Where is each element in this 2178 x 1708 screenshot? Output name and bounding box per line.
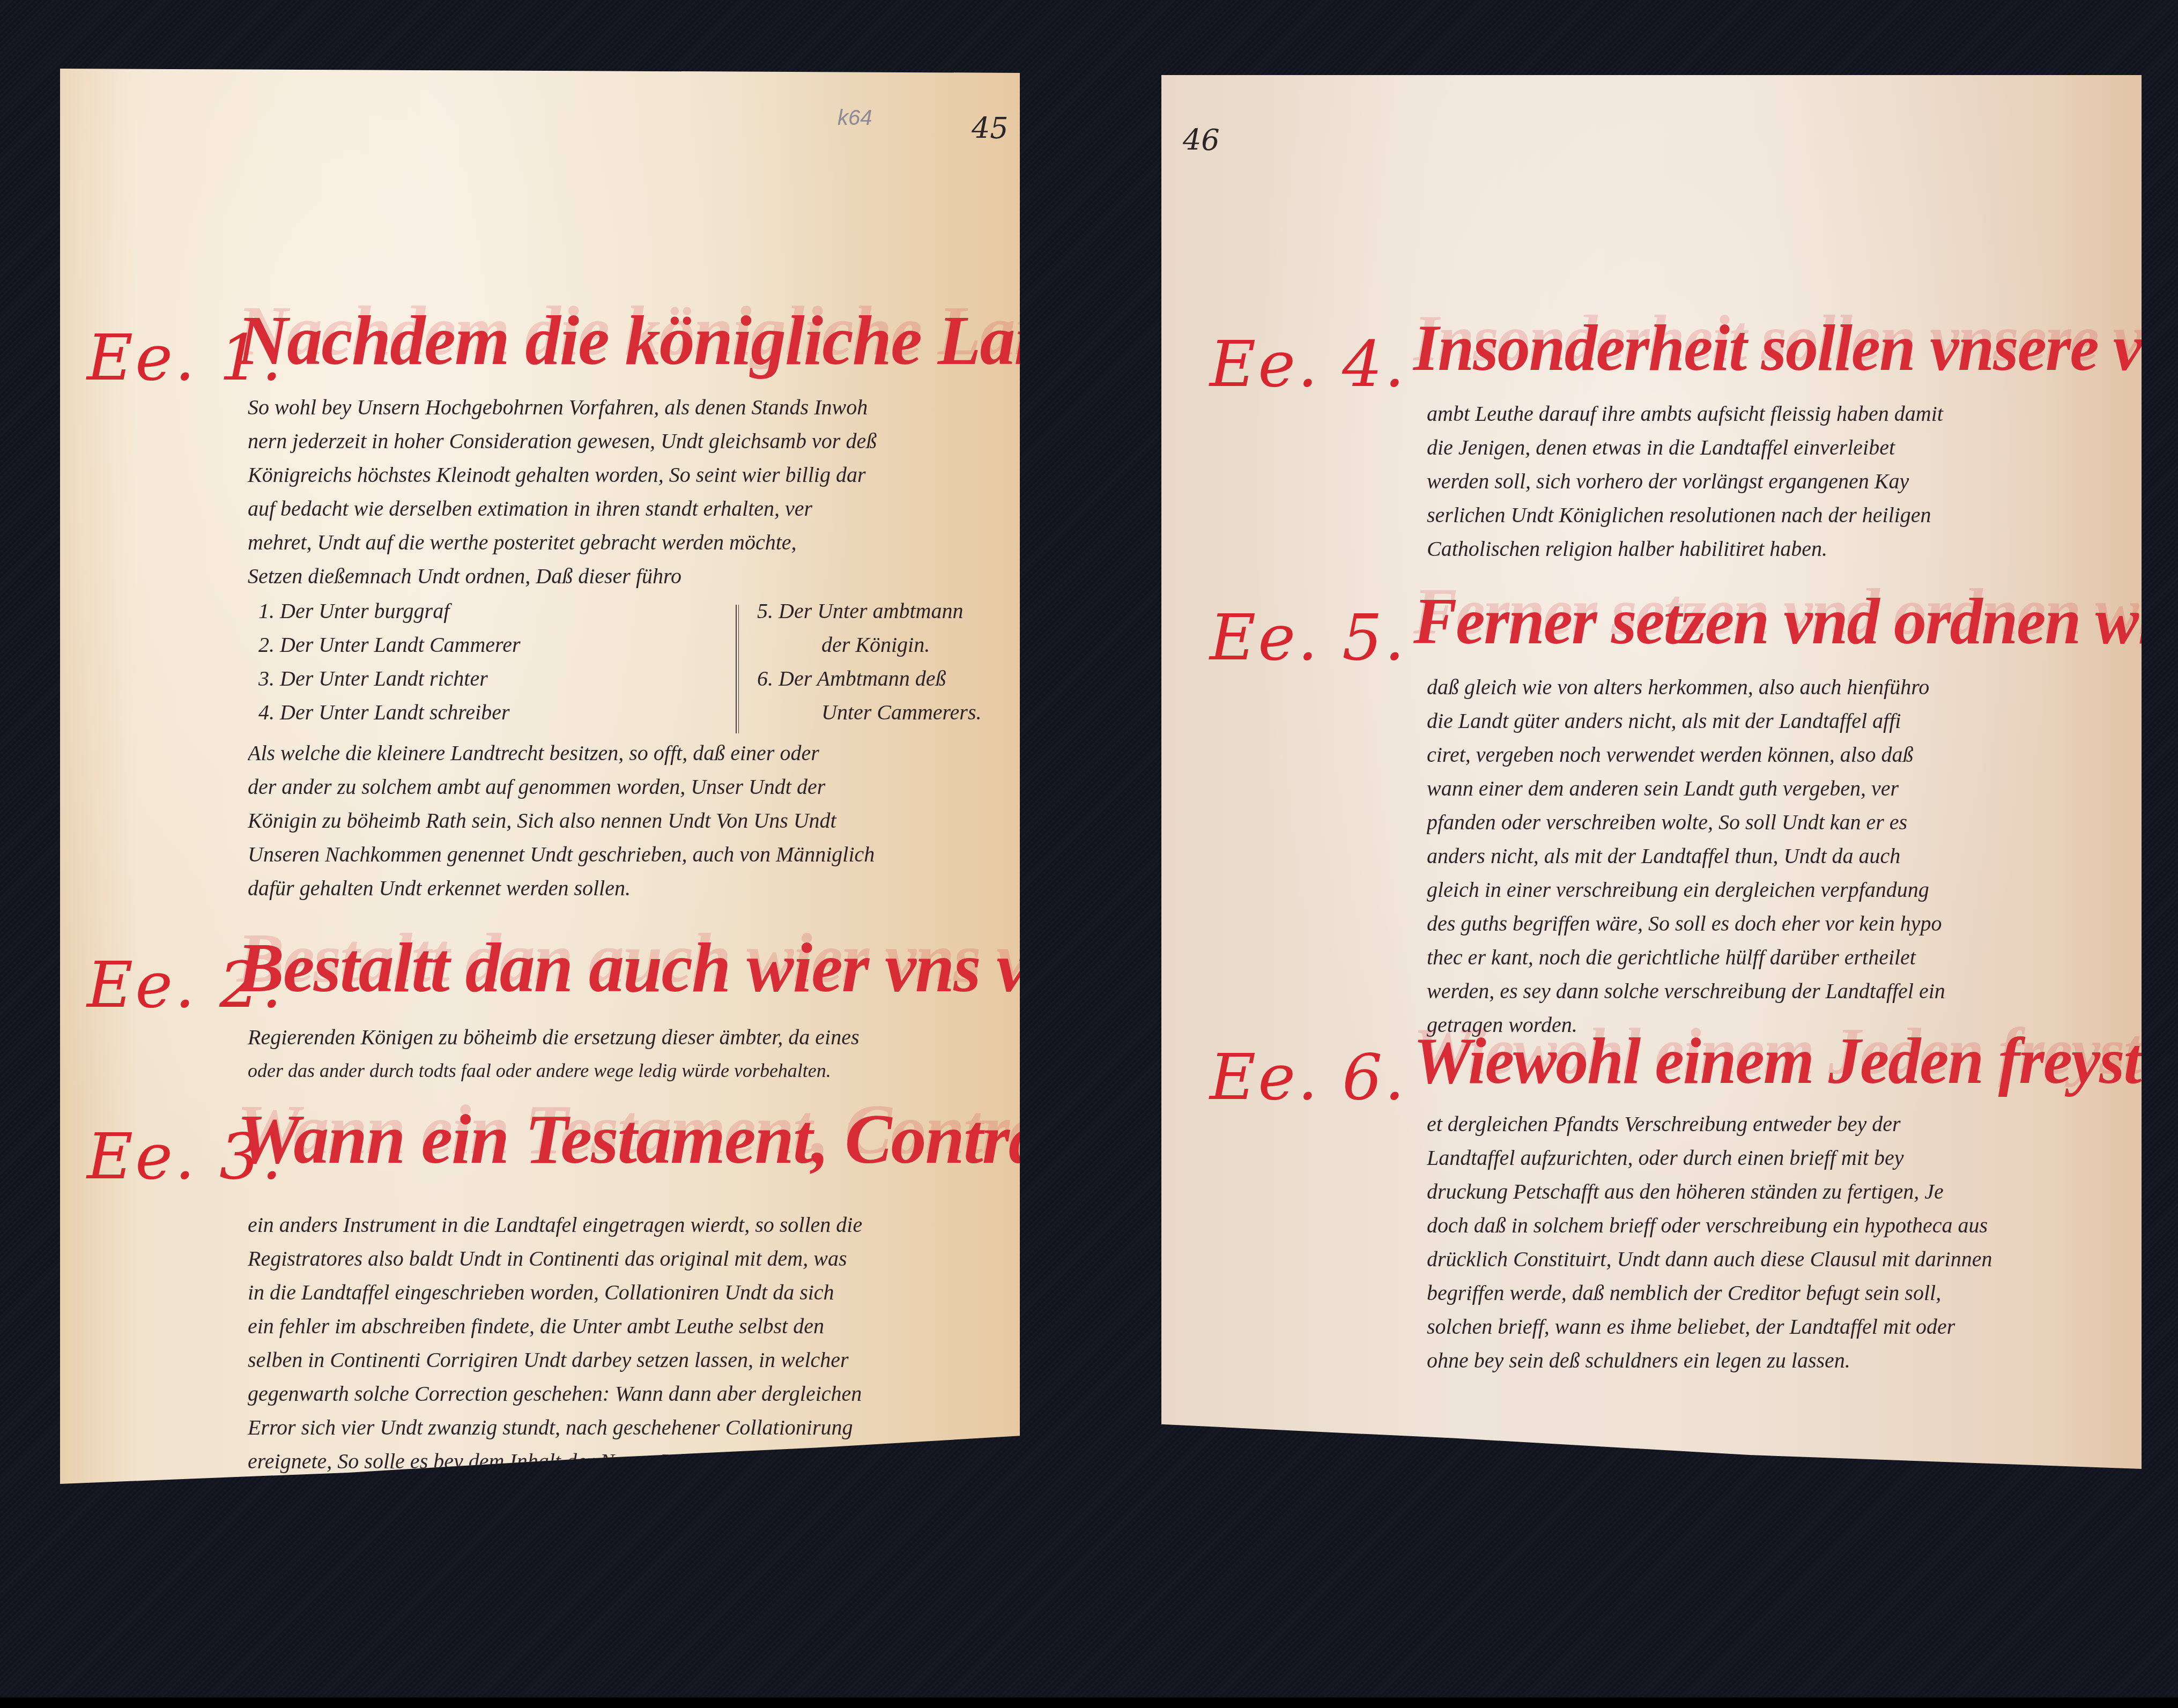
- section-body: Regierenden Königen zu böheimb die erset…: [248, 1020, 1009, 1088]
- list-item: Unter Cammerers.: [757, 695, 982, 729]
- section-body-continued: Als welche die kleinere Landtrecht besit…: [248, 736, 1009, 905]
- text-line: mehret, Undt auf die werthe posteritet g…: [248, 525, 1009, 559]
- section-body: ein anders Instrument in die Landtafel e…: [248, 1208, 1009, 1512]
- text-line: et dergleichen Pfandts Verschreibung ent…: [1427, 1107, 2113, 1141]
- section-body: So wohl bey Unsern Hochgebohrnen Vorfahr…: [248, 390, 1009, 593]
- list-item: 5. Der Unter ambtmann: [757, 594, 982, 628]
- officer-column-left: 1. Der Unter burggraf 2. Der Unter Landt…: [258, 594, 521, 729]
- list-item: 1. Der Unter burggraf: [258, 594, 521, 628]
- text-line: ohne bey sein deß schuldners ein legen z…: [1427, 1343, 2113, 1377]
- officer-column-right: 5. Der Unter ambtmann der Königin. 6. De…: [757, 594, 982, 729]
- list-item: 4. Der Unter Landt schreiber: [258, 695, 521, 729]
- text-line: wann einer dem anderen sein Landt guth v…: [1427, 771, 2113, 805]
- text-line: Als welche die kleinere Landtrecht besit…: [248, 736, 1009, 770]
- folio-number: 46: [1183, 123, 1220, 157]
- section-heading: Ferner setzen vnd ordnen wier,: [1413, 584, 2178, 659]
- section-number: Ee. 4.: [1210, 327, 1407, 401]
- text-line: Unseren Nachkommen genennet Undt geschri…: [248, 837, 1009, 871]
- text-line: gleich in einer verschreibung ein dergle…: [1427, 873, 2113, 907]
- text-line: oder das ander durch todts faal oder and…: [248, 1054, 1009, 1088]
- text-line: ciret, vergeben noch verwendet werden kö…: [1427, 738, 2113, 771]
- section-heading: Nachdem die königliche Landtaffel: [237, 299, 1232, 381]
- section-number: Ee. 5.: [1210, 600, 1407, 674]
- text-line: nern jederzeit in hoher Consideration ge…: [248, 424, 1009, 458]
- text-line: solchen brieff, wann es ihme beliebet, d…: [1427, 1310, 2113, 1343]
- list-item: 2. Der Unter Landt Cammerer: [258, 628, 521, 662]
- text-line: ein fehler im abschreiben findete, die U…: [248, 1309, 1009, 1343]
- text-line: Error sich vier Undt zwanzig stundt, nac…: [248, 1410, 1009, 1444]
- text-line: drücklich Constituirt, Undt dann auch di…: [1427, 1242, 2113, 1276]
- list-item: 3. Der Unter Landt richter: [258, 662, 521, 695]
- text-line: druckung Petschafft aus den höheren stän…: [1427, 1175, 2113, 1208]
- section-body: ambt Leuthe darauf ihre ambts aufsicht f…: [1427, 397, 2113, 566]
- text-line: pfanden oder verschreiben wolte, So soll…: [1427, 805, 2113, 839]
- photo-border: [0, 1697, 2178, 1708]
- text-line: auf bedacht wie derselben extimation in …: [248, 492, 1009, 525]
- list-item: der Königin.: [757, 628, 982, 662]
- text-line: werden, es sey dann solche verschreibung…: [1427, 974, 2113, 1008]
- list-item: 6. Der Ambtmann deß: [757, 662, 982, 695]
- text-line: die Landt güter anders nicht, als mit de…: [1427, 704, 2113, 738]
- text-line: gegenwarth solche Correction geschehen: …: [248, 1377, 1009, 1410]
- text-line: Landtaffel aufzurichten, oder durch eine…: [1427, 1141, 2113, 1175]
- manuscript-page-left: k64 45 Ee. 1. Nachdem die königliche Lan…: [60, 69, 1020, 1484]
- text-line: Regierenden Königen zu böheimb die erset…: [248, 1020, 1009, 1054]
- section-heading: Insonderheit sollen vnsere vnter: [1413, 311, 2178, 386]
- section-heading: Wann ein Testament, Contract, oder: [237, 1098, 1250, 1180]
- text-line: die Jenigen, denen etwas in die Landtaff…: [1427, 430, 2113, 464]
- section-heading: Bestaltt dan auch wier vns vnd den: [237, 926, 1219, 1008]
- text-line: Catholischen religion halber habilitiret…: [1427, 532, 2113, 566]
- text-line: begriffen werde, daß nemblich der Credit…: [1427, 1276, 2113, 1310]
- text-line: doch daß in solchem brieff oder verschre…: [1427, 1208, 2113, 1242]
- text-line: serlichen Undt Königlichen resolutionen …: [1427, 498, 2113, 532]
- section-body: daß gleich wie von alters herkommen, als…: [1427, 670, 2113, 1042]
- text-line: der ander zu solchem ambt auf genommen w…: [248, 770, 1009, 804]
- section-heading: Wiewohl einem Jeden freysteh: [1413, 1024, 2178, 1099]
- text-line: ein anders Instrument in die Landtafel e…: [248, 1208, 1009, 1242]
- column-divider: [736, 605, 739, 733]
- text-line: in die Landtaffel eingeschrieben worden,…: [248, 1275, 1009, 1309]
- text-line: sub Lit: I. 18. verbleiben.: [248, 1478, 1009, 1512]
- officer-list: 1. Der Unter burggraf 2. Der Unter Landt…: [258, 594, 1009, 733]
- text-line: anders nicht, als mit der Landtaffel thu…: [1427, 839, 2113, 873]
- section-number: Ee. 6.: [1210, 1040, 1407, 1114]
- text-line: Setzen dießemnach Undt ordnen, Daß diese…: [248, 559, 1009, 593]
- folio-number: 45: [972, 112, 1009, 145]
- text-line: ereignete, So solle es bey dem Inhalt de…: [248, 1444, 1009, 1478]
- text-line: Königin zu böheimb Rath sein, Sich also …: [248, 804, 1009, 837]
- text-line: Registratores also baldt Undt in Contine…: [248, 1242, 1009, 1275]
- text-line: werden soll, sich vorhero der vorlängst …: [1427, 464, 2113, 498]
- text-line: selben in Continenti Corrigiren Undt dar…: [248, 1343, 1009, 1377]
- manuscript-page-right: 46 Ee. 4. Insonderheit sollen vnsere vnt…: [1161, 75, 2142, 1469]
- text-line: ambt Leuthe darauf ihre ambts aufsicht f…: [1427, 397, 2113, 430]
- pencil-shelf-mark: k64: [838, 106, 872, 130]
- text-line: daß gleich wie von alters herkommen, als…: [1427, 670, 2113, 704]
- text-line: thec er kant, noch die gerichtliche hülf…: [1427, 940, 2113, 974]
- text-line: Königreichs höchstes Kleinodt gehalten w…: [248, 458, 1009, 492]
- text-line: So wohl bey Unsern Hochgebohrnen Vorfahr…: [248, 390, 1009, 424]
- text-line: dafür gehalten Undt erkennet werden soll…: [248, 871, 1009, 905]
- text-line: des guths begriffen wäre, So soll es doc…: [1427, 907, 2113, 940]
- section-body: et dergleichen Pfandts Verschreibung ent…: [1427, 1107, 2113, 1377]
